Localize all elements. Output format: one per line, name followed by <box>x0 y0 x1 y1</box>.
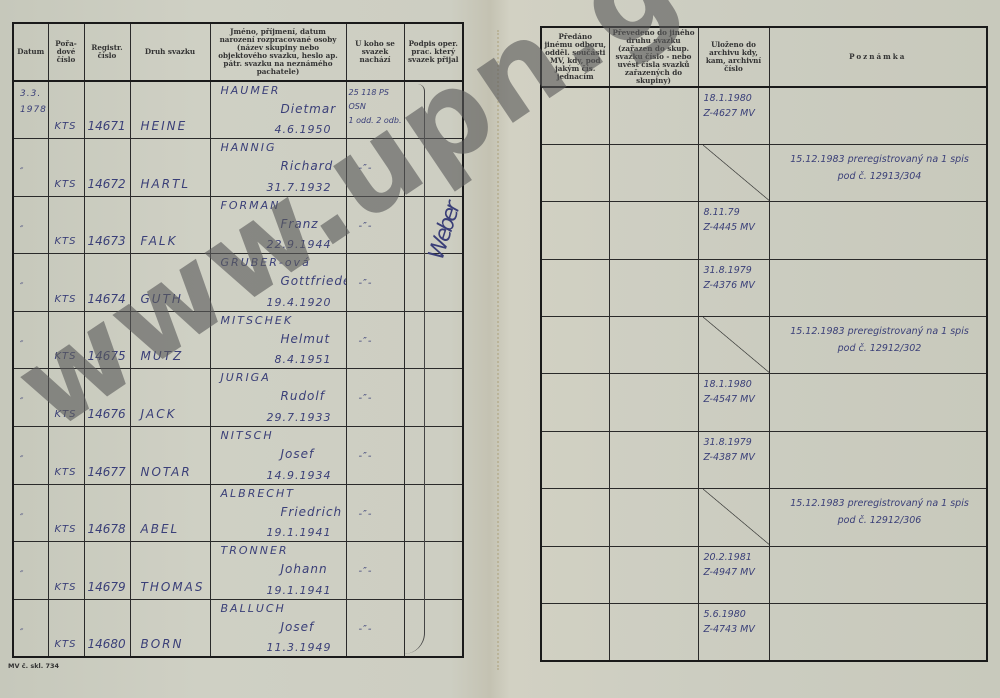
order-cell: KTS <box>48 369 84 427</box>
birth-date: 22.9.1944 <box>267 238 332 251</box>
converted-cell <box>609 374 698 431</box>
date-value: ″ <box>20 340 24 350</box>
registration-value: 14680 <box>88 637 126 651</box>
note-cell <box>769 546 987 603</box>
strike-diagonal <box>703 145 770 202</box>
location-cell: -″- <box>346 196 404 254</box>
transferred-cell <box>541 259 609 316</box>
file-type-cell: MUTZ <box>130 311 210 369</box>
given-name: Friedrich <box>281 505 343 519</box>
given-name: Josef <box>281 620 315 634</box>
order-value: KTS <box>55 179 77 190</box>
location-cell: -″- <box>346 599 404 657</box>
bracket-mark <box>404 84 425 654</box>
order-cell: KTS <box>48 139 84 197</box>
archive-cell: 18.1.1980 Z-4627 MV <box>698 87 769 144</box>
file-type-cell: JACK <box>130 369 210 427</box>
location-cell: -″- <box>346 369 404 427</box>
note-cell <box>769 202 987 259</box>
archive-value: 8.11.79 Z-4445 MV <box>704 205 755 235</box>
archive-cell: 18.1.1980 Z-4547 MV <box>698 374 769 431</box>
order-cell: KTS <box>48 484 84 542</box>
location-value: -″- <box>359 221 373 232</box>
converted-cell <box>609 259 698 316</box>
transferred-cell <box>541 374 609 431</box>
archive-value: 31.8.1979 Z-4387 MV <box>704 435 755 465</box>
archive-cell <box>698 144 769 201</box>
table-row: ″KTS14674GUTHGRUBER-ováGottfriede19.4.19… <box>13 254 463 312</box>
table-row: 15.12.1983 preregistrovaný na 1 spis pod… <box>541 489 987 546</box>
file-type-cell: BORN <box>130 599 210 657</box>
file-type-cell: FALK <box>130 196 210 254</box>
header-file-type: Druh svazku <box>130 23 210 81</box>
registration-cell: 14671 <box>84 81 130 139</box>
header-order-number: Pořa-dové číslo <box>48 23 84 81</box>
file-type-cell: HARTL <box>130 139 210 197</box>
registration-value: 14672 <box>88 177 126 191</box>
surname: HAUMER <box>221 84 281 97</box>
surname: ALBRECHT <box>221 487 295 500</box>
table-row: ″KTS14672HARTLHANNIGRichard31.7.1932-″- <box>13 139 463 197</box>
location-value: -″- <box>359 393 373 404</box>
table-row: 31.8.1979 Z-4387 MV <box>541 431 987 488</box>
file-codename: GUTH <box>141 292 183 306</box>
file-codename: HARTL <box>141 177 191 191</box>
order-value: KTS <box>55 582 77 593</box>
registration-value: 14679 <box>88 580 126 594</box>
given-name: Josef <box>281 447 315 461</box>
table-row: 5.6.1980 Z-4743 MV <box>541 604 987 661</box>
table-row: 3.3. 1978KTS14671HEINEHAUMERDietmar4.6.1… <box>13 81 463 139</box>
table-row: ″KTS14677NOTARNITSCHJosef14.9.1934-″- <box>13 427 463 485</box>
file-codename: ABEL <box>141 522 180 536</box>
header-person: Jméno, příjmení, datum narození rozpraco… <box>210 23 346 81</box>
header-transferred: Předáno jinému odboru, odděl. součásti M… <box>541 27 609 87</box>
note-value: 15.12.1983 preregistrovaný na 1 spis pod… <box>774 495 986 529</box>
order-value: KTS <box>55 351 77 362</box>
archive-cell: 20.2.1981 Z-4947 MV <box>698 546 769 603</box>
order-value: KTS <box>55 639 77 650</box>
location-cell: -″- <box>346 139 404 197</box>
order-value: KTS <box>55 236 77 247</box>
date-cell: 3.3. 1978 <box>13 81 48 139</box>
table-row: 20.2.1981 Z-4947 MV <box>541 546 987 603</box>
note-cell: 15.12.1983 preregistrovaný na 1 spis pod… <box>769 144 987 201</box>
date-cell: ″ <box>13 542 48 600</box>
converted-cell <box>609 202 698 259</box>
archive-value: 20.2.1981 Z-4947 MV <box>704 550 755 580</box>
register-table-right: Předáno jinému odboru, odděl. součásti M… <box>540 26 988 662</box>
location-value: -″- <box>359 278 373 289</box>
given-name: Helmut <box>281 332 331 346</box>
strike-diagonal <box>703 489 770 546</box>
file-type-cell: NOTAR <box>130 427 210 485</box>
date-value: 3.3. 1978 <box>20 86 47 118</box>
table-row: 8.11.79 Z-4445 MV <box>541 202 987 259</box>
file-codename: BORN <box>141 637 184 651</box>
person-cell: BALLUCHJosef11.3.1949 <box>210 599 346 657</box>
given-name: Gottfriede <box>281 274 347 288</box>
table-row: ″KTS14680BORNBALLUCHJosef11.3.1949-″- <box>13 599 463 657</box>
transferred-cell <box>541 202 609 259</box>
birth-date: 19.1.1941 <box>267 526 332 539</box>
registration-cell: 14680 <box>84 599 130 657</box>
person-cell: MITSCHEKHelmut8.4.1951 <box>210 311 346 369</box>
header-registration-number: Registr. číslo <box>84 23 130 81</box>
registration-cell: 14675 <box>84 311 130 369</box>
converted-cell <box>609 604 698 661</box>
birth-date: 11.3.1949 <box>267 641 332 654</box>
birth-date: 19.4.1920 <box>267 296 332 309</box>
file-codename: THOMAS <box>141 580 205 594</box>
converted-cell <box>609 87 698 144</box>
location-value: -″- <box>359 336 373 347</box>
person-cell: FORMANFranz22.9.1944 <box>210 196 346 254</box>
header-location: U koho se svazek nachází <box>346 23 404 81</box>
location-cell: -″- <box>346 484 404 542</box>
file-codename: MUTZ <box>141 349 184 363</box>
person-cell: JURIGARudolf29.7.1933 <box>210 369 346 427</box>
transferred-cell <box>541 87 609 144</box>
location-cell: -″- <box>346 542 404 600</box>
file-type-cell: THOMAS <box>130 542 210 600</box>
order-value: KTS <box>55 524 77 535</box>
given-name: Dietmar <box>281 102 337 116</box>
birth-date: 29.7.1933 <box>267 411 332 424</box>
archive-cell: 31.8.1979 Z-4376 MV <box>698 259 769 316</box>
surname: HANNIG <box>221 141 277 154</box>
location-value: -″- <box>359 163 373 174</box>
note-cell <box>769 374 987 431</box>
note-cell: 15.12.1983 preregistrovaný na 1 spis pod… <box>769 489 987 546</box>
header-note: Poznámka <box>769 27 987 87</box>
order-value: KTS <box>55 121 77 132</box>
form-code: MV č. skl. 734 <box>8 662 59 670</box>
location-value: -″- <box>359 451 373 462</box>
header-date: Datum <box>13 23 48 81</box>
location-value: 25 118 PS OSN 1 odd. 2 odb. <box>349 86 402 128</box>
surname: FORMAN <box>221 199 281 212</box>
file-type-cell: HEINE <box>130 81 210 139</box>
table-row: 18.1.1980 Z-4627 MV <box>541 87 987 144</box>
order-cell: KTS <box>48 427 84 485</box>
archive-cell <box>698 489 769 546</box>
date-value: ″ <box>20 513 24 523</box>
location-value: -″- <box>359 509 373 520</box>
date-cell: ″ <box>13 427 48 485</box>
registration-value: 14677 <box>88 465 126 479</box>
given-name: Franz <box>281 217 319 231</box>
archive-value: 18.1.1980 Z-4627 MV <box>704 91 755 121</box>
birth-date: 14.9.1934 <box>267 469 332 482</box>
order-cell: KTS <box>48 81 84 139</box>
date-value: ″ <box>20 570 24 580</box>
person-cell: ALBRECHTFriedrich19.1.1941 <box>210 484 346 542</box>
converted-cell <box>609 546 698 603</box>
header-converted: Převedeno do jiného druhu svazku (zařaze… <box>609 27 698 87</box>
date-cell: ″ <box>13 311 48 369</box>
order-cell: KTS <box>48 196 84 254</box>
table-row: ″KTS14679THOMASTRONNERJohann19.1.1941-″- <box>13 542 463 600</box>
file-type-cell: GUTH <box>130 254 210 312</box>
table-row: 18.1.1980 Z-4547 MV <box>541 374 987 431</box>
file-type-cell: ABEL <box>130 484 210 542</box>
birth-date: 4.6.1950 <box>275 123 332 136</box>
header-archive: Uloženo do archivu kdy, kam, archivní čí… <box>698 27 769 87</box>
table-row: ″KTS14675MUTZMITSCHEKHelmut8.4.1951-″- <box>13 311 463 369</box>
transferred-cell <box>541 604 609 661</box>
order-cell: KTS <box>48 311 84 369</box>
date-value: ″ <box>20 397 24 407</box>
table-row: ″KTS14676JACKJURIGARudolf29.7.1933-″- <box>13 369 463 427</box>
order-value: KTS <box>55 409 77 420</box>
converted-cell <box>609 317 698 374</box>
registration-cell: 14674 <box>84 254 130 312</box>
converted-cell <box>609 144 698 201</box>
archive-cell: 5.6.1980 Z-4743 MV <box>698 604 769 661</box>
surname: MITSCHEK <box>221 314 294 327</box>
note-value: 15.12.1983 preregistrovaný na 1 spis pod… <box>774 323 986 357</box>
registration-cell: 14677 <box>84 427 130 485</box>
date-cell: ″ <box>13 139 48 197</box>
converted-cell <box>609 489 698 546</box>
table-row: ″KTS14678ABELALBRECHTFriedrich19.1.1941-… <box>13 484 463 542</box>
strike-diagonal <box>703 317 770 374</box>
table-row: ″KTS14673FALKFORMANFranz22.9.1944-″- <box>13 196 463 254</box>
surname: JURIGA <box>221 371 271 384</box>
date-cell: ″ <box>13 369 48 427</box>
note-cell <box>769 87 987 144</box>
note-cell <box>769 259 987 316</box>
file-codename: FALK <box>141 234 178 248</box>
registration-value: 14671 <box>88 119 126 133</box>
person-cell: HANNIGRichard31.7.1932 <box>210 139 346 197</box>
transferred-cell <box>541 546 609 603</box>
surname: TRONNER <box>221 544 289 557</box>
transferred-cell <box>541 317 609 374</box>
registration-value: 14675 <box>88 349 126 363</box>
date-cell: ″ <box>13 196 48 254</box>
registration-cell: 14672 <box>84 139 130 197</box>
header-row: Předáno jinému odboru, odděl. součásti M… <box>541 27 987 87</box>
location-value: -″- <box>359 624 373 635</box>
note-cell <box>769 604 987 661</box>
header-signature: Podpis oper. prac. který svazek přijal <box>404 23 463 81</box>
date-value: ″ <box>20 628 24 638</box>
archive-cell: 8.11.79 Z-4445 MV <box>698 202 769 259</box>
location-value: -″- <box>359 566 373 577</box>
register-table-left: Datum Pořa-dové číslo Registr. číslo Dru… <box>12 22 464 658</box>
date-cell: ″ <box>13 254 48 312</box>
table-row: 31.8.1979 Z-4376 MV <box>541 259 987 316</box>
table-row: 15.12.1983 preregistrovaný na 1 spis pod… <box>541 317 987 374</box>
location-cell: 25 118 PS OSN 1 odd. 2 odb. <box>346 81 404 139</box>
surname: NITSCH <box>221 429 274 442</box>
order-cell: KTS <box>48 542 84 600</box>
location-cell: -″- <box>346 254 404 312</box>
registration-cell: 14678 <box>84 484 130 542</box>
transferred-cell <box>541 489 609 546</box>
order-cell: KTS <box>48 254 84 312</box>
given-name: Rudolf <box>281 389 325 403</box>
archive-value: 5.6.1980 Z-4743 MV <box>704 607 755 637</box>
date-cell: ″ <box>13 599 48 657</box>
date-value: ″ <box>20 167 24 177</box>
registration-cell: 14673 <box>84 196 130 254</box>
archive-value: 18.1.1980 Z-4547 MV <box>704 377 755 407</box>
given-name: Richard <box>281 159 334 173</box>
given-name: Johann <box>281 562 328 576</box>
person-cell: HAUMERDietmar4.6.1950 <box>210 81 346 139</box>
transferred-cell <box>541 144 609 201</box>
file-codename: JACK <box>141 407 177 421</box>
note-value: 15.12.1983 preregistrovaný na 1 spis pod… <box>774 151 986 185</box>
person-cell: NITSCHJosef14.9.1934 <box>210 427 346 485</box>
archive-cell <box>698 317 769 374</box>
date-value: ″ <box>20 225 24 235</box>
surname: GRUBER-ová <box>221 256 311 269</box>
registration-value: 14676 <box>88 407 126 421</box>
surname: BALLUCH <box>221 602 286 615</box>
note-cell <box>769 431 987 488</box>
registration-value: 14673 <box>88 234 126 248</box>
registration-cell: 14679 <box>84 542 130 600</box>
file-codename: HEINE <box>141 119 188 133</box>
location-cell: -″- <box>346 427 404 485</box>
date-value: ″ <box>20 455 24 465</box>
date-cell: ″ <box>13 484 48 542</box>
archive-value: 31.8.1979 Z-4376 MV <box>704 263 755 293</box>
book-spine-fold <box>497 30 501 670</box>
transferred-cell <box>541 431 609 488</box>
order-cell: KTS <box>48 599 84 657</box>
order-value: KTS <box>55 467 77 478</box>
registration-value: 14678 <box>88 522 126 536</box>
note-cell: 15.12.1983 preregistrovaný na 1 spis pod… <box>769 317 987 374</box>
file-codename: NOTAR <box>141 465 192 479</box>
converted-cell <box>609 431 698 488</box>
header-row: Datum Pořa-dové číslo Registr. číslo Dru… <box>13 23 463 81</box>
registration-cell: 14676 <box>84 369 130 427</box>
registration-value: 14674 <box>88 292 126 306</box>
date-value: ″ <box>20 282 24 292</box>
archive-cell: 31.8.1979 Z-4387 MV <box>698 431 769 488</box>
birth-date: 19.1.1941 <box>267 584 332 597</box>
person-cell: GRUBER-ováGottfriede19.4.1920 <box>210 254 346 312</box>
person-cell: TRONNERJohann19.1.1941 <box>210 542 346 600</box>
birth-date: 31.7.1932 <box>267 181 332 194</box>
order-value: KTS <box>55 294 77 305</box>
location-cell: -″- <box>346 311 404 369</box>
table-row: 15.12.1983 preregistrovaný na 1 spis pod… <box>541 144 987 201</box>
birth-date: 8.4.1951 <box>275 353 332 366</box>
